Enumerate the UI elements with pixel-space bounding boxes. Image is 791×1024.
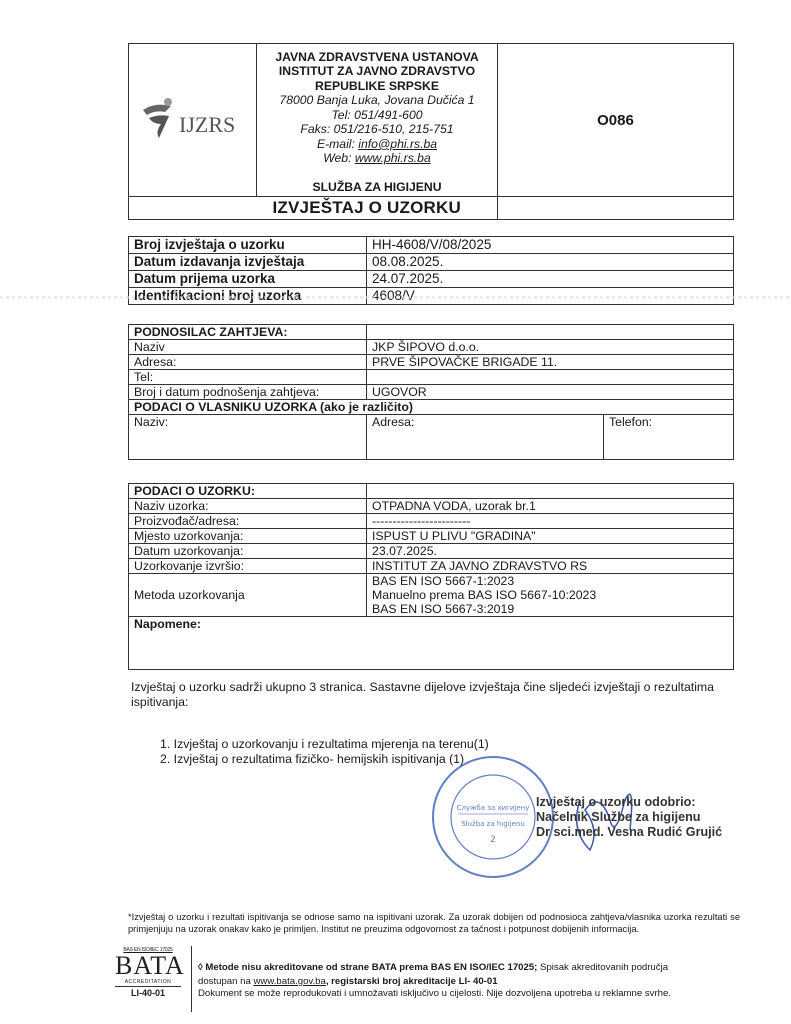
report-list-item: 1. Izvještaj o uzorkovanju i rezultatima… [160,737,489,752]
approval-block: Izvještaj o uzorku odobrio: Načelnik Slu… [536,795,722,840]
department-name: SLUŽBA ZA HIGIJENU [257,180,497,195]
bata-accreditation-number: LI-40-01 [115,986,181,998]
institution-line-3: REPUBLIKE SRPSKE [257,79,497,94]
notes-label: Napomene: [129,617,734,670]
table-row: Datum uzorkovanja:23.07.2025. [129,544,734,559]
svg-text:Служба за хигијену: Служба за хигијену [457,804,530,812]
applicant-heading: PODNOSILAC ZAHTJEVA: [129,325,367,340]
web-link[interactable]: www.phi.rs.ba [355,151,431,165]
owner-address-label: Adresa: [367,415,604,460]
accreditation-text: ◊ Metode nisu akreditovane od strane BAT… [198,960,748,1000]
sample-table: PODACI O UZORKU: Naziv uzorka:OTPADNA VO… [128,483,734,670]
bata-mark: BATA [115,953,181,979]
divider [191,946,192,1012]
meta-row: Datum prijema uzorka24.07.2025. [129,271,734,288]
institution-address: 78000 Banja Luka, Jovana Dučića 1 [257,93,497,108]
table-row: Mjesto uzorkovanja:ISPUST U PLIVU "GRADI… [129,529,734,544]
summary-text: Izvještaj o uzorku sadrži ukupno 3 stran… [131,680,731,710]
svg-text:2: 2 [490,835,496,845]
svg-text:IJZRS: IJZRS [179,112,235,137]
disclaimer-text: *Izvještaj o uzorku i rezultati ispitiva… [128,912,740,935]
report-meta-table: Broj izvještaja o uzorkuHH-4608/V/08/202… [128,236,734,305]
table-row: Naziv uzorka:OTPADNA VODA, uzorak br.1 [129,499,734,514]
bata-link[interactable]: www.bata.gov.ba [253,976,325,987]
table-row: NazivJKP ŠIPOVO d.o.o. [129,340,734,355]
document-title: IZVJEŠTAJ O UZORKU [257,197,498,220]
method-2: Manuelno prema BAS ISO 5667-10:2023 [372,588,728,602]
ijzrs-logo-icon: IJZRS [135,88,250,148]
email-link[interactable]: info@phi.rs.ba [358,137,437,151]
institution-line-1: JAVNA ZDRAVSTVENA USTANOVA [257,50,497,65]
owner-phone-label: Telefon: [604,415,734,460]
institution-info: JAVNA ZDRAVSTVENA USTANOVA INSTITUT ZA J… [257,44,498,197]
applicant-table: PODNOSILAC ZAHTJEVA: NazivJKP ŠIPOVO d.o… [128,324,734,460]
table-row: Adresa:PRVE ŠIPOVAČKE BRIGADE 11. [129,355,734,370]
table-row: Uzorkovanje izvršio:INSTITUT ZA JAVNO ZD… [129,559,734,574]
method-label: Metoda uzorkovanja [129,574,367,617]
header-table: IJZRS JAVNA ZDRAVSTVENA USTANOVA INSTITU… [128,43,734,220]
owner-name-label: Naziv: [129,415,367,460]
institution-line-2: INSTITUT ZA JAVNO ZDRAVSTVO [257,64,497,79]
table-row: Tel: [129,370,734,385]
table-row: Broj i datum podnošenja zahtjeva:UGOVOR [129,385,734,400]
approval-line-3: Dr sci.med. Vesna Rudić Grujić [536,825,722,840]
meta-row: Broj izvještaja o uzorkuHH-4608/V/08/202… [129,237,734,254]
table-row: Metoda uzorkovanja BAS EN ISO 5667-1:202… [129,574,734,617]
institution-tel: Tel: 051/491-600 [257,108,497,123]
institution-web: Web: www.phi.rs.ba [257,151,497,166]
meta-row: Datum izdavanja izvještaja08.08.2025. [129,254,734,271]
method-3: BAS EN ISO 5667-3:2019 [372,602,728,616]
institution-fax: Faks: 051/216-510, 215-751 [257,122,497,137]
table-row: Proizvođač/adresa:----------------------… [129,514,734,529]
svg-text:Služba za higijenu: Služba za higijenu [461,820,525,828]
bata-logo: BAS EN ISO/IEC 17025 BATA ACCREDITATION … [115,947,181,998]
logo-cell: IJZRS [129,44,257,197]
approval-line-1: Izvještaj o uzorku odobrio: [536,795,722,810]
owner-heading: PODACI O VLASNIKU UZORKA (ako je različi… [129,400,734,415]
institution-email: E-mail: info@phi.rs.ba [257,137,497,152]
approval-line-2: Načelnik Službe za higijenu [536,810,722,825]
scan-artifact [0,296,791,299]
method-1: BAS EN ISO 5667-1:2023 [372,574,728,588]
sample-heading: PODACI O UZORKU: [129,484,367,499]
form-code: O086 [498,44,734,197]
